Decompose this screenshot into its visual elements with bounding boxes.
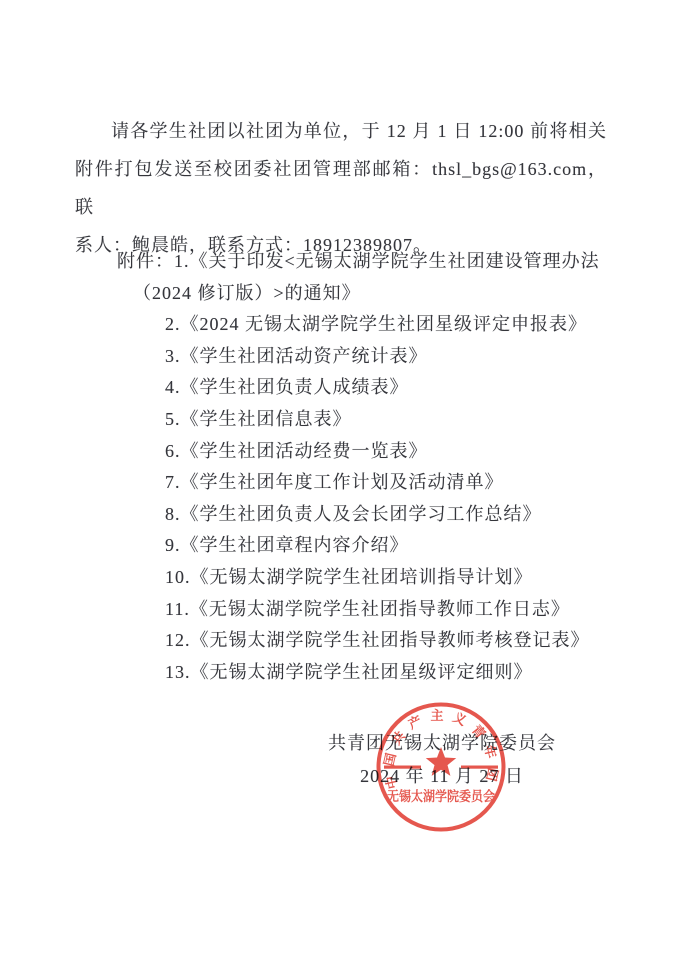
- seal-right-bar: [461, 766, 498, 769]
- seal-bottom-text: 无锡太湖学院委员会: [387, 788, 495, 804]
- attachment-item: 4.《学生社团负责人成绩表》: [165, 372, 617, 404]
- attachment-item: 3.《学生社团活动资产统计表》: [165, 341, 617, 373]
- attachment-item: 5.《学生社团信息表》: [165, 404, 617, 436]
- body-paragraph: 请各学生社团以社团为单位，于 12 月 1 日 12:00 前将相关 附件打包发…: [75, 112, 607, 264]
- attachment-item: 10.《无锡太湖学院学生社团培训指导计划》: [165, 562, 617, 594]
- paragraph-line: 附件打包发送至校团委社团管理部邮箱：thsl_bgs@163.com，联: [75, 150, 607, 226]
- attachment-item: 2.《2024 无锡太湖学院学生社团星级评定申报表》: [165, 309, 617, 341]
- attachments-label: 附件：: [117, 251, 174, 271]
- attachment-item: 8.《学生社团负责人及会长团学习工作总结》: [165, 499, 617, 531]
- document-page: 请各学生社团以社团为单位，于 12 月 1 日 12:00 前将相关 附件打包发…: [0, 0, 680, 961]
- attachment-item: 7.《学生社团年度工作计划及活动清单》: [165, 467, 617, 499]
- attachment-item: 附件：1.《关于印发<无锡太湖学院学生社团建设管理办法: [117, 246, 617, 278]
- attachment-item: 9.《学生社团章程内容介绍》: [165, 530, 617, 562]
- paragraph-line: 请各学生社团以社团为单位，于 12 月 1 日 12:00 前将相关: [75, 112, 607, 150]
- attachments-list: 附件：1.《关于印发<无锡太湖学院学生社团建设管理办法 （2024 修订版）>的…: [117, 246, 617, 688]
- attachment-item-continuation: （2024 修订版）>的通知》: [133, 278, 617, 310]
- star-icon: [426, 747, 456, 776]
- attachment-item: 11.《无锡太湖学院学生社团指导教师工作日志》: [165, 594, 617, 626]
- attachment-item-text: 1.《关于印发<无锡太湖学院学生社团建设管理办法: [174, 251, 600, 271]
- seal-left-bar: [384, 766, 421, 769]
- attachment-item: 12.《无锡太湖学院学生社团指导教师考核登记表》: [165, 625, 617, 657]
- official-seal-stamp: 中国共产主义青年团 无锡太湖学院委员会: [371, 697, 511, 837]
- attachment-item: 13.《无锡太湖学院学生社团星级评定细则》: [165, 657, 617, 689]
- attachment-item: 6.《学生社团活动经费一览表》: [165, 436, 617, 468]
